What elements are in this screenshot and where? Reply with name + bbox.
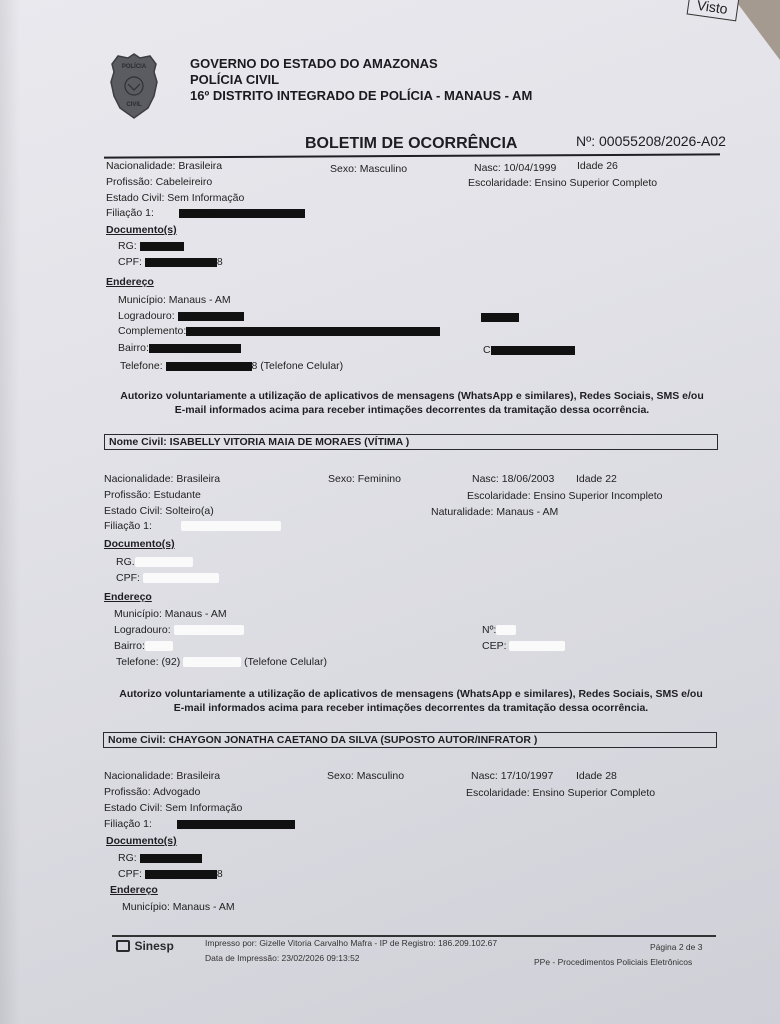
p3-cpf-suffix: 8	[217, 868, 223, 880]
police-badge-icon: POLÍCIA CIVIL	[110, 52, 158, 120]
p2-bairro: Bairro:	[114, 640, 173, 652]
sinesp-logo: Sinesp	[116, 937, 174, 955]
redaction-bar	[491, 346, 575, 355]
consent-line-1: Autorizo voluntariamente a utilização de…	[104, 687, 718, 701]
p2-rg: RG.	[116, 556, 193, 568]
p2-filiacao: Filiação 1:	[104, 520, 281, 532]
p3-cpf-label: CPF:	[118, 868, 142, 880]
p2-municipio: Município: Manaus - AM	[114, 608, 227, 620]
redaction-bar	[145, 641, 173, 651]
p3-sexo: Sexo: Masculino	[327, 770, 404, 782]
redaction-bar	[183, 657, 241, 667]
p2-idade: Idade 22	[576, 473, 617, 485]
p1-cep: C	[483, 344, 575, 356]
header-government: GOVERNO DO ESTADO DO AMAZONAS	[190, 56, 438, 71]
p2-escolaridade: Escolaridade: Ensino Superior Incompleto	[467, 490, 663, 502]
footer-printed-by: Impresso por: Gizelle Vitoria Carvalho M…	[205, 938, 497, 948]
p1-logradouro-label: Logradouro:	[118, 310, 175, 322]
redaction-bar	[181, 521, 281, 531]
p2-cpf: CPF:	[116, 572, 219, 584]
p1-rg: RG:	[118, 240, 184, 252]
p2-documentos-heading: Documento(s)	[104, 538, 175, 550]
svg-text:CIVIL: CIVIL	[126, 102, 142, 108]
p1-complemento: Complemento:	[118, 325, 440, 337]
p1-complemento-label: Complemento:	[118, 325, 186, 337]
p3-rg-label: RG:	[118, 852, 137, 864]
p1-estado-civil: Estado Civil: Sem Informação	[106, 192, 244, 204]
consent-line-2: E-mail informados acima para receber int…	[106, 403, 718, 417]
p3-nacionalidade: Nacionalidade: Brasileira	[104, 770, 220, 782]
p1-cpf: CPF: 8	[118, 256, 223, 268]
footer-page-number: Página 2 de 3	[650, 942, 702, 952]
redaction-bar	[177, 820, 295, 829]
footer-divider	[112, 935, 716, 937]
svg-text:POLÍCIA: POLÍCIA	[122, 62, 147, 70]
occurrence-number: Nº: 00055208/2026-A02	[576, 133, 726, 149]
p3-filiacao: Filiação 1:	[104, 818, 295, 830]
p3-nasc: Nasc: 17/10/1997	[471, 770, 553, 782]
redaction-bar	[166, 362, 252, 371]
p1-endereco-heading: Endereço	[106, 276, 154, 288]
redaction-bar	[135, 557, 193, 567]
p2-telefone-label: Telefone: (92)	[116, 656, 180, 668]
redaction-bar	[174, 625, 244, 635]
p1-idade: Idade 26	[577, 160, 618, 172]
p2-cep-label: CEP:	[482, 640, 507, 652]
p1-municipio: Município: Manaus - AM	[118, 294, 231, 306]
p3-escolaridade: Escolaridade: Ensino Superior Completo	[466, 787, 655, 799]
p2-logradouro: Logradouro:	[114, 624, 244, 636]
p1-profissao: Profissão: Cabeleireiro	[106, 176, 212, 188]
redaction-bar	[140, 242, 184, 251]
consent-notice-1: Autorizo voluntariamente a utilização de…	[106, 389, 718, 417]
p2-endereco-heading: Endereço	[104, 591, 152, 603]
p2-nasc: Nasc: 18/06/2003	[472, 473, 554, 485]
p2-rg-label: RG.	[116, 556, 135, 568]
p1-documentos-heading: Documento(s)	[106, 224, 177, 236]
p2-naturalidade: Naturalidade: Manaus - AM	[431, 506, 558, 518]
p1-telefone-suffix: 8 (Telefone Celular)	[252, 360, 344, 372]
footer-system-name: PPe - Procedimentos Policiais Eletrônico…	[534, 957, 692, 967]
p3-name-box: Nome Civil: CHAYGON JONATHA CAETANO DA S…	[103, 732, 717, 748]
p1-nacionalidade: Nacionalidade: Brasileira	[106, 160, 222, 172]
redaction-bar	[509, 641, 565, 651]
redaction-bar	[178, 312, 244, 321]
p2-nacionalidade: Nacionalidade: Brasileira	[104, 473, 220, 485]
redaction-bar	[143, 573, 219, 583]
sinesp-logo-icon	[116, 940, 130, 952]
p2-sexo: Sexo: Feminino	[328, 473, 401, 485]
p3-rg: RG:	[118, 852, 202, 864]
occurrence-number-value: 00055208/2026-A02	[599, 133, 726, 149]
p3-documentos-heading: Documento(s)	[106, 835, 177, 847]
p3-profissao: Profissão: Advogado	[104, 786, 200, 798]
header-police: POLÍCIA CIVIL	[190, 72, 279, 87]
p1-cep-label: C	[483, 344, 491, 356]
p2-bairro-label: Bairro:	[114, 640, 145, 652]
p1-telefone: Telefone: 8 (Telefone Celular)	[120, 360, 343, 372]
p2-filiacao-label: Filiação 1:	[104, 520, 152, 532]
p1-filiacao-label: Filiação 1:	[106, 207, 154, 219]
redaction-bar	[496, 625, 516, 635]
p1-logradouro: Logradouro:	[118, 310, 244, 322]
p3-filiacao-label: Filiação 1:	[104, 818, 152, 830]
occurrence-number-label: Nº:	[576, 133, 595, 149]
header-district: 16º DISTRITO INTEGRADO DE POLÍCIA - MANA…	[190, 88, 532, 103]
consent-line-2: E-mail informados acima para receber int…	[104, 701, 718, 715]
p1-escolaridade: Escolaridade: Ensino Superior Completo	[468, 177, 657, 189]
p2-profissao: Profissão: Estudante	[104, 489, 201, 501]
redaction-bar	[179, 209, 305, 218]
redaction-bar	[145, 258, 217, 267]
p1-nasc: Nasc: 10/04/1999	[474, 162, 556, 174]
p3-endereco-heading: Endereço	[110, 884, 158, 896]
p2-estado-civil: Estado Civil: Solteiro(a)	[104, 505, 214, 517]
consent-line-1: Autorizo voluntariamente a utilização de…	[106, 389, 718, 403]
p1-cpf-suffix: 8	[217, 256, 223, 268]
p1-rg-label: RG:	[118, 240, 137, 252]
p2-numero-label: Nº:	[482, 624, 496, 636]
footer-print-date: Data de Impressão: 23/02/2026 09:13:52	[205, 953, 360, 963]
p2-cep: CEP:	[482, 640, 565, 652]
p1-telefone-label: Telefone:	[120, 360, 163, 372]
p1-bairro-label: Bairro:	[118, 342, 149, 354]
p3-municipio: Município: Manaus - AM	[122, 901, 235, 913]
sinesp-logo-text: Sinesp	[134, 939, 173, 953]
p3-cpf: CPF: 8	[118, 868, 223, 880]
p3-estado-civil: Estado Civil: Sem Informação	[104, 802, 242, 814]
p2-logradouro-label: Logradouro:	[114, 624, 171, 636]
page-shadow	[0, 0, 20, 1024]
consent-notice-2: Autorizo voluntariamente a utilização de…	[104, 687, 718, 715]
p1-bairro: Bairro:	[118, 342, 241, 354]
p2-telefone: Telefone: (92) (Telefone Celular)	[116, 656, 327, 668]
p2-cpf-label: CPF:	[116, 572, 140, 584]
redaction-bar	[186, 327, 440, 336]
p3-idade: Idade 28	[576, 770, 617, 782]
redaction-bar	[140, 854, 202, 863]
p1-cpf-label: CPF:	[118, 256, 142, 268]
redaction-bar	[481, 313, 519, 322]
page-title: BOLETIM DE OCORRÊNCIA	[305, 135, 517, 153]
p1-filiacao: Filiação 1:	[106, 207, 305, 219]
p1-sexo: Sexo: Masculino	[330, 163, 407, 175]
p2-telefone-suffix: (Telefone Celular)	[244, 656, 327, 668]
redaction-bar	[145, 870, 217, 879]
p2-name-box: Nome Civil: ISABELLY VITORIA MAIA DE MOR…	[104, 434, 718, 450]
p2-numero: Nº:	[482, 624, 516, 636]
redaction-bar	[149, 344, 241, 353]
